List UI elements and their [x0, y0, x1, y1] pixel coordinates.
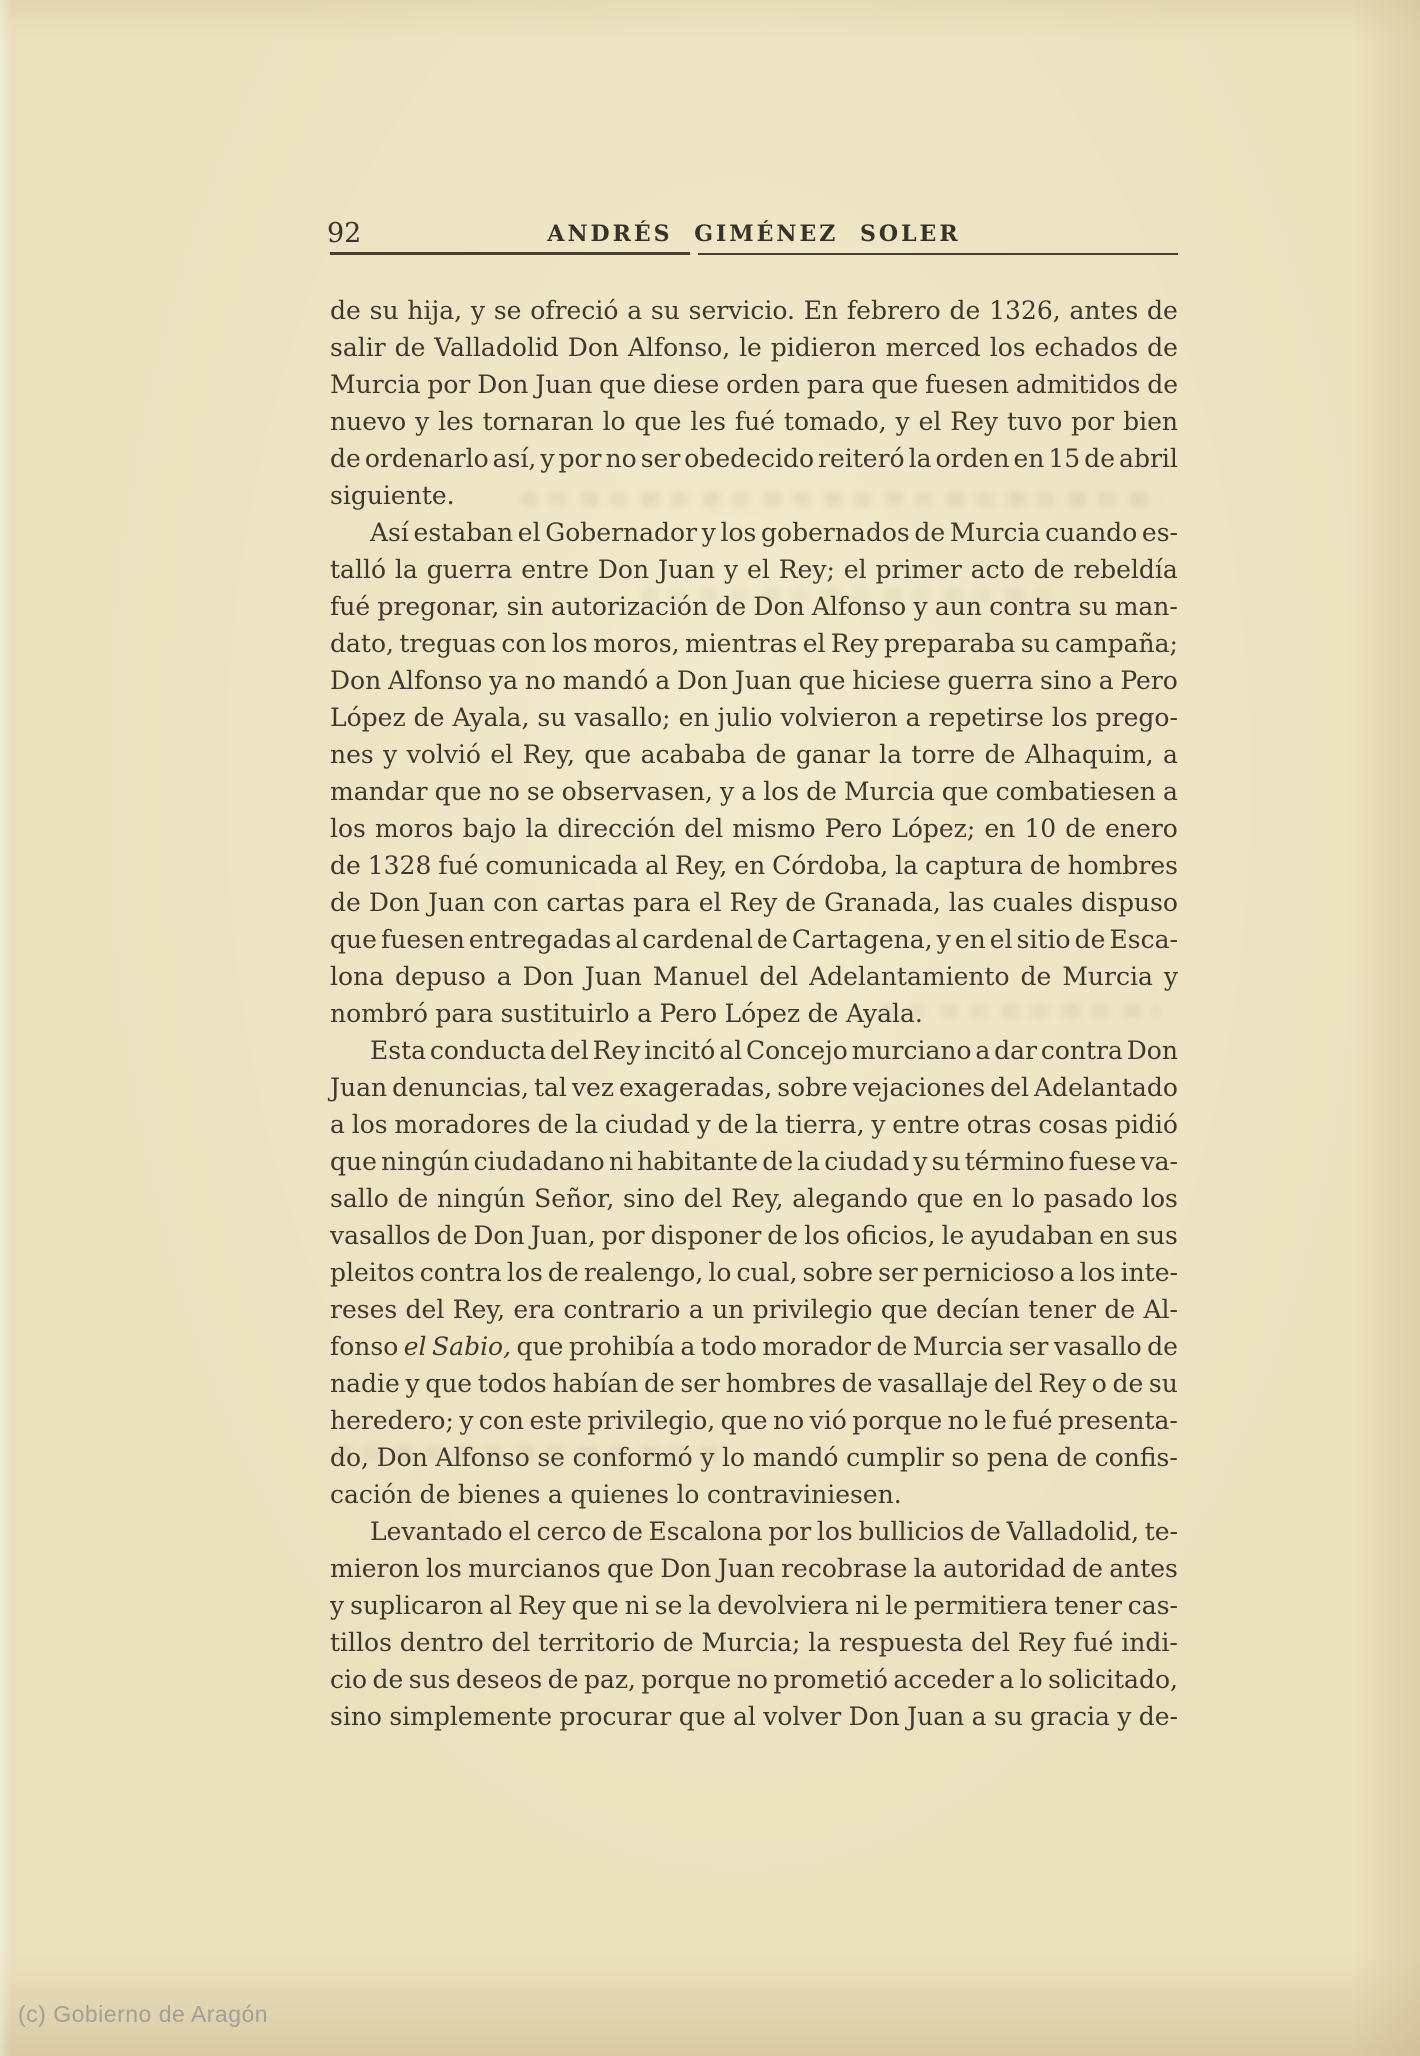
text-line: sallodeningúnSeñor,sinodelRey,alegandoqu…: [330, 1180, 1178, 1217]
scanned-book-page: 92 ANDRÉS GIMÉNEZ SOLER desuhija,yseofre…: [0, 0, 1420, 2056]
text-line: sinosimplementeprocurarquealvolverDonJua…: [330, 1698, 1178, 1735]
text-line: LevantadoelcercodeEscalonaporlosbullicio…: [330, 1513, 1178, 1550]
text-line: EstaconductadelReyincitóalConcejomurcian…: [330, 1032, 1178, 1069]
running-header: ANDRÉS GIMÉNEZ SOLER: [330, 221, 1178, 247]
text-line: losmorosbajoladireccióndelmismoPeroLópez…: [330, 810, 1178, 847]
text-line: salirdeValladolidDonAlfonso,lepidieronme…: [330, 329, 1178, 366]
text-line: DonAlfonsoyanomandóaDonJuanquehiciesegue…: [330, 662, 1178, 699]
text-line: desuhija,yseofrecióasuservicio.Enfebrero…: [330, 292, 1178, 329]
text-line: deordenarloasí,ypornoserobedecidoreiteró…: [330, 440, 1178, 477]
text-line: de1328fuécomunicadaalRey,enCórdoba,lacap…: [330, 847, 1178, 884]
text-line: heredero;yconesteprivilegio,quenovióporq…: [330, 1402, 1178, 1439]
text-line: pleitoscontralosderealengo,locual,sobres…: [330, 1254, 1178, 1291]
text-line: tallólaguerraentreDonJuanyelRey;elprimer…: [330, 551, 1178, 588]
text-line: tillosdentrodelterritoriodeMurcia;laresp…: [330, 1624, 1178, 1661]
text-line: nadieyquetodoshabíandeserhombresdevasall…: [330, 1365, 1178, 1402]
text-line: nuevoylestornaranloquelesfuétomado,yelRe…: [330, 403, 1178, 440]
text-line: deDonJuanconcartasparaelReydeGranada,las…: [330, 884, 1178, 921]
text-line: nombróparasustituirloaPeroLópezdeAyala.: [330, 995, 1178, 1032]
text-line: mieronlosmurcianosqueDonJuanrecobraselaa…: [330, 1550, 1178, 1587]
text-line: nesyvolvióelRey,queacababadeganarlatorre…: [330, 736, 1178, 773]
text-line: mandarquenoseobservasen,yalosdeMurciaque…: [330, 773, 1178, 810]
text-line: fonsoelSabio,queprohibíaatodomoradordeMu…: [330, 1328, 1178, 1365]
text-line: cacióndebienesaquieneslocontraviniesen.: [330, 1476, 1178, 1513]
text-line: ysuplicaronalReyqueniseladevolvieranilep…: [330, 1587, 1178, 1624]
text-line: MurciaporDonJuanquedieseordenparaquefues…: [330, 366, 1178, 403]
text-line: dato,treguasconlosmoros,mientraselReypre…: [330, 625, 1178, 662]
text-line: quefuesenentregadasalcardenaldeCartagena…: [330, 921, 1178, 958]
text-line: ciodesusdeseosdepaz,porquenoprometióacce…: [330, 1661, 1178, 1698]
text-line: do,DonAlfonsoseconformóylomandócumplirso…: [330, 1439, 1178, 1476]
header-rule-left: [330, 252, 690, 255]
text-line: alosmoradoresdelaciudadydelatierra,yentr…: [330, 1106, 1178, 1143]
header-rule-right: [698, 253, 1178, 255]
body-text: desuhija,yseofrecióasuservicio.Enfebrero…: [330, 292, 1178, 1735]
text-line: fuépregonar,sinautorizacióndeDonAlfonsoy…: [330, 588, 1178, 625]
text-line: queningúnciudadanonihabitantedelaciudady…: [330, 1143, 1178, 1180]
text-line: Juandenuncias,talvezexageradas,sobreveja…: [330, 1069, 1178, 1106]
text-line: siguiente.: [330, 477, 1178, 514]
text-line: lonadepusoaDonJuanManueldelAdelantamient…: [330, 958, 1178, 995]
text-line: LópezdeAyala,suvasallo;enjuliovolvierona…: [330, 699, 1178, 736]
copyright-watermark: (c) Gobierno de Aragón: [18, 2001, 268, 2028]
text-line: AsíestabanelGobernadorylosgobernadosdeMu…: [330, 514, 1178, 551]
text-line: vasallosdeDonJuan,pordisponerdelosoficio…: [330, 1217, 1178, 1254]
text-line: resesdelRey,eracontrarioaunprivilegioque…: [330, 1291, 1178, 1328]
